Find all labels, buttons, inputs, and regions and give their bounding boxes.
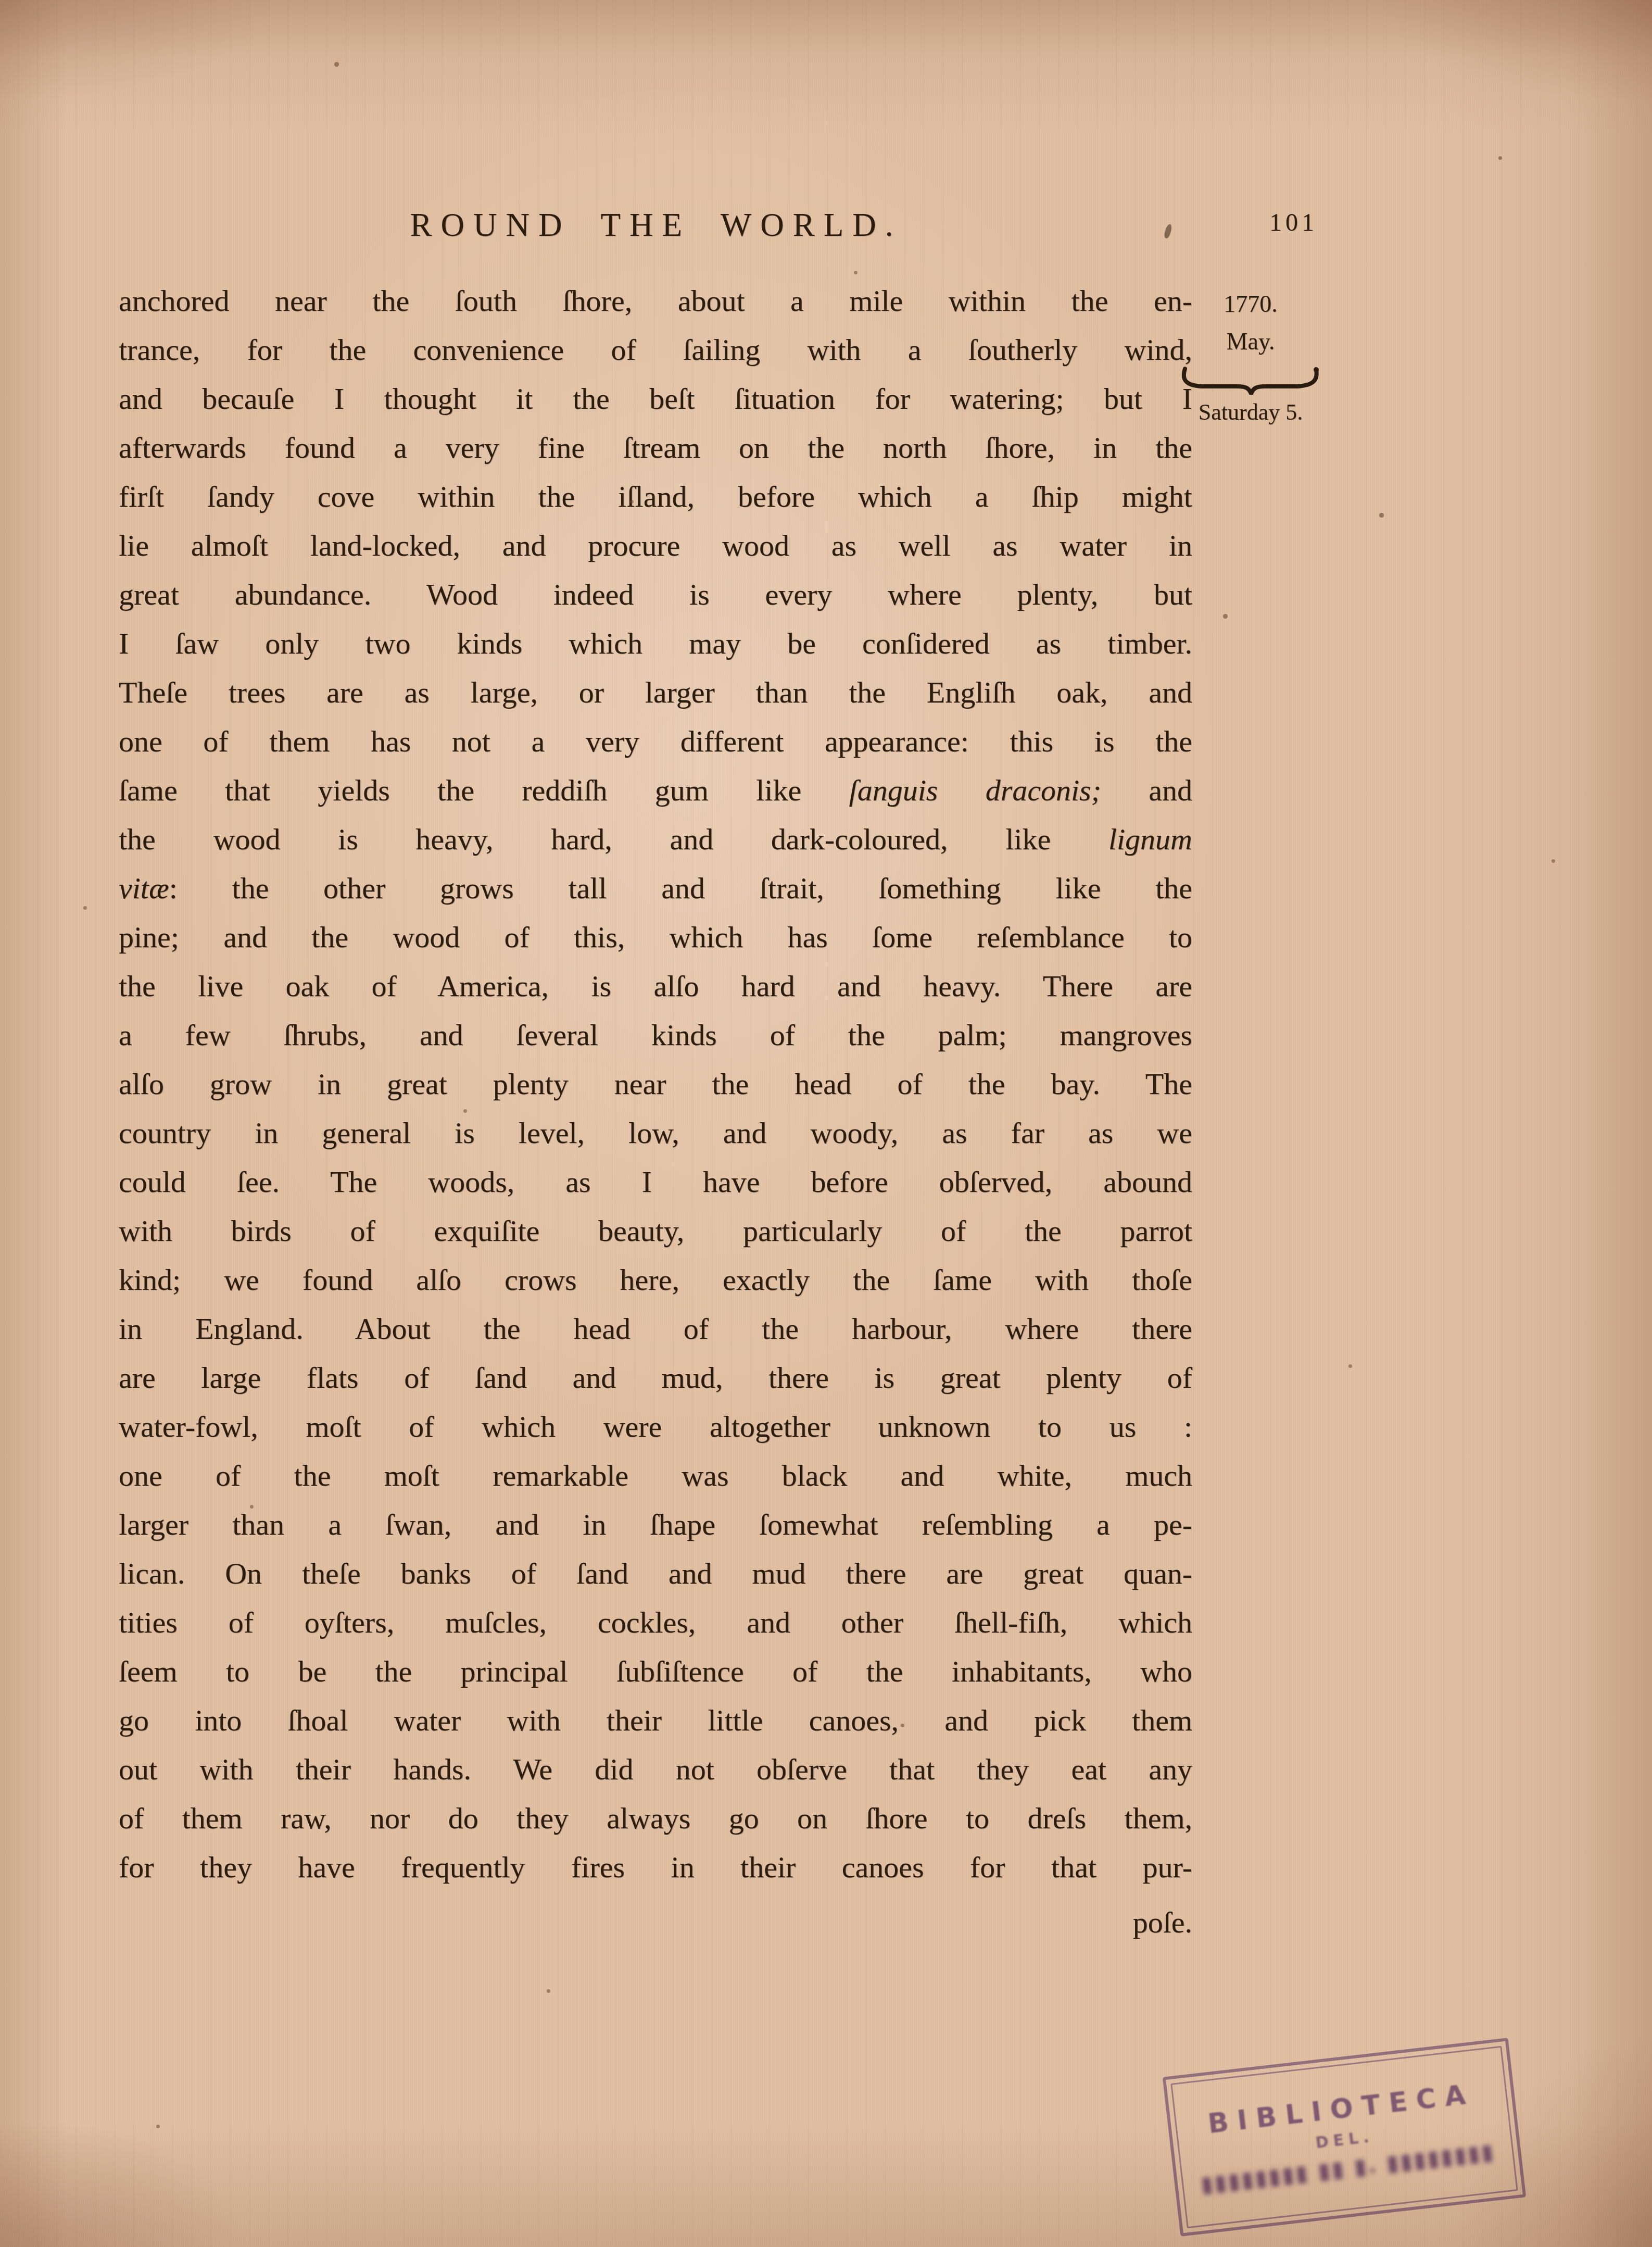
text-line: of them raw, nor do they always go on ſh… <box>119 1794 1192 1843</box>
text-line: larger than a ſwan, and in ſhape ſomewha… <box>119 1500 1192 1549</box>
text-line: great abundance. Wood indeed is every wh… <box>119 570 1192 619</box>
margin-day: Saturday 5. <box>1171 396 1330 429</box>
text-line: ſame that yields the reddiſh gum like ſa… <box>119 766 1192 815</box>
text-line: are large flats of ſand and mud, there i… <box>119 1353 1192 1402</box>
text-line: anchored near the ſouth ſhore, about a m… <box>119 277 1192 325</box>
text-line: a few ſhrubs, and ſeveral kinds of the p… <box>119 1011 1192 1060</box>
text-line: lie almoſt land-locked, and procure wood… <box>119 521 1192 570</box>
page-number: 101 <box>1269 208 1318 237</box>
text-line: could ſee. The woods, as I have before o… <box>119 1158 1192 1207</box>
text-line: with birds of exquiſite beauty, particul… <box>119 1207 1192 1256</box>
text-line: go into ſhoal water with their little ca… <box>119 1696 1192 1745</box>
text-line: out with their hands. We did not obſerve… <box>119 1745 1192 1794</box>
text-line: vitæ: the other grows tall and ſtrait, ſ… <box>119 864 1192 913</box>
body-text: anchored near the ſouth ſhore, about a m… <box>119 277 1192 1892</box>
text-line: and becauſe I thought it the beſt ſituat… <box>119 374 1192 423</box>
paper-specks <box>0 0 2 2</box>
stamp-line2: DEL. <box>1315 2128 1374 2152</box>
library-stamp-inner-border: BIBLIOTECA DEL. ▮▮▮▮▮▮▮▮ ▮▮ ▮. ▮▮▮▮▮▮▮▮ <box>1170 2046 1518 2229</box>
text-line: I ſaw only two kinds which may be conſid… <box>119 619 1192 668</box>
text-line: one of the moſt remarkable was black and… <box>119 1451 1192 1500</box>
text-line: alſo grow in great plenty near the head … <box>119 1060 1192 1109</box>
text-line: lican. On theſe banks of ſand and mud th… <box>119 1549 1192 1598</box>
margin-date-note: 1770. May. Saturday 5. <box>1171 285 1330 429</box>
margin-year: 1770. <box>1171 285 1330 323</box>
text-line: in England. About the head of the harbou… <box>119 1304 1192 1353</box>
library-stamp: BIBLIOTECA DEL. ▮▮▮▮▮▮▮▮ ▮▮ ▮. ▮▮▮▮▮▮▮▮ <box>1163 2038 1527 2237</box>
text-line: ſeem to be the principal ſubſiſtence of … <box>119 1647 1192 1696</box>
text-line: tities of oyſters, muſcles, cockles, and… <box>119 1598 1192 1647</box>
book-page: ROUND THE WORLD. 101 1770. May. Saturday… <box>0 0 1652 2247</box>
text-line: kind; we found alſo crows here, exactly … <box>119 1256 1192 1304</box>
text-line: trance, for the convenience of ſailing w… <box>119 325 1192 374</box>
text-line: water-fowl, moſt of which were altogethe… <box>119 1402 1192 1451</box>
text-line: afterwards found a very fine ſtream on t… <box>119 423 1192 472</box>
text-line: pine; and the wood of this, which has ſo… <box>119 913 1192 962</box>
date-brace-icon <box>1180 365 1321 395</box>
text-line: one of them has not a very different app… <box>119 717 1192 766</box>
running-header-title: ROUND THE WORLD. <box>120 206 1192 244</box>
margin-month: May. <box>1171 323 1330 360</box>
text-line: the live oak of America, is alſo hard an… <box>119 962 1192 1011</box>
text-line: Theſe trees are as large, or larger than… <box>119 668 1192 717</box>
text-line: firſt ſandy cove within the iſland, befo… <box>119 472 1192 521</box>
catchword: poſe. <box>119 1898 1192 1947</box>
text-line: the wood is heavy, hard, and dark-colour… <box>119 815 1192 864</box>
text-line: country in general is level, low, and wo… <box>119 1109 1192 1158</box>
text-line: for they have frequently fires in their … <box>119 1843 1192 1892</box>
